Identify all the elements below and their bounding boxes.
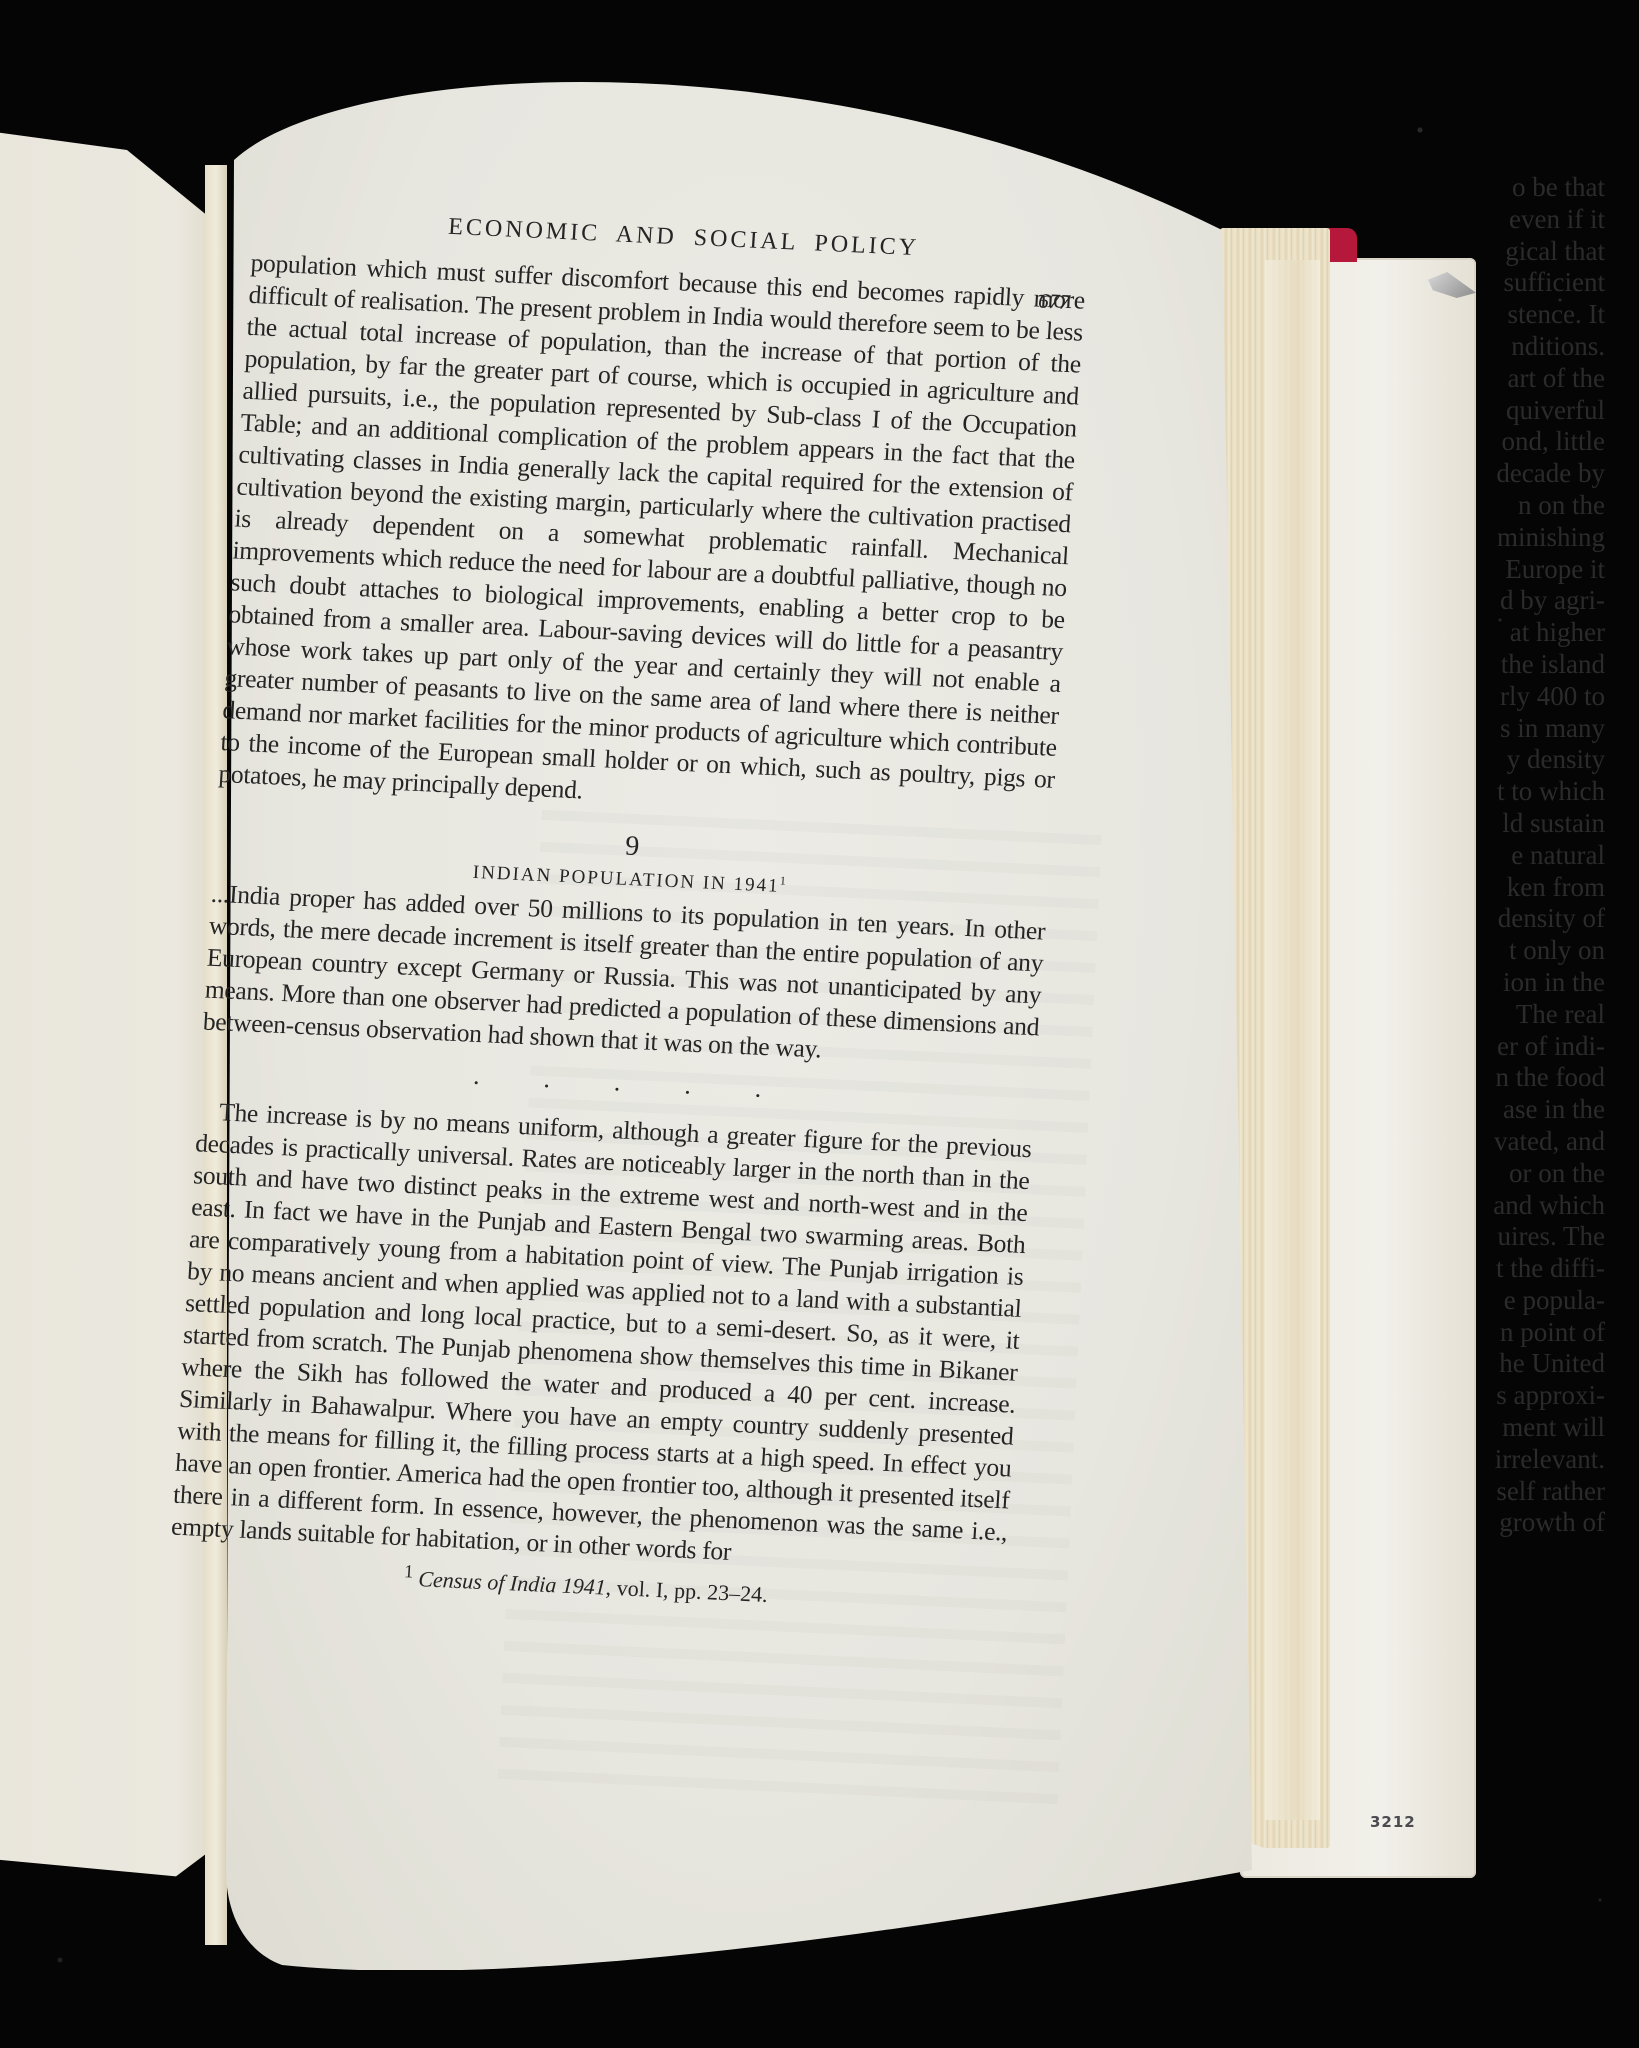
left-page-line: t the diffi- — [1493, 1253, 1605, 1285]
left-page-line: e popula- — [1493, 1285, 1605, 1317]
left-page-line: n on the — [1493, 490, 1605, 522]
left-page-line: s in many — [1493, 713, 1605, 745]
footnote-marker: 1 — [779, 874, 788, 888]
left-page-line: stence. It — [1493, 299, 1605, 331]
left-page-text-fragments: o be thateven if itgical thatsufficients… — [1493, 172, 1605, 1539]
left-page-line: ken from — [1493, 872, 1605, 904]
left-page-line: ment will — [1493, 1412, 1605, 1444]
left-page-line: er of indi- — [1493, 1031, 1605, 1063]
left-page-line: Europe it — [1493, 554, 1605, 586]
footnote-number: 1 — [404, 1562, 414, 1582]
left-page-line: t only on — [1493, 935, 1605, 967]
left-page-line: uires. The — [1493, 1221, 1605, 1253]
left-page-line: ion in the — [1493, 967, 1605, 999]
page-number: 677 — [1037, 289, 1070, 315]
left-page-line: art of the — [1493, 363, 1605, 395]
stamp-number: 3212 — [1370, 1813, 1416, 1831]
left-page-line: ond, little — [1493, 426, 1605, 458]
left-page-line: The real — [1493, 999, 1605, 1031]
left-page-line: ld sustain — [1493, 808, 1605, 840]
left-page-line: at higher — [1493, 617, 1605, 649]
left-page-line: self rather — [1493, 1476, 1605, 1508]
left-page-line: n the food — [1493, 1062, 1605, 1094]
left-page-line: growth of — [1493, 1507, 1605, 1539]
second-paragraph: The increase is by no means uniform, alt… — [170, 1096, 1032, 1581]
ellipsis-dot: . — [754, 1079, 762, 1099]
left-page-line: n point of — [1493, 1317, 1605, 1349]
right-page-text-block: ECONOMIC AND SOCIAL POLICY 677 populatio… — [168, 195, 1089, 1619]
ellipsis-dot: . — [473, 1066, 481, 1086]
left-page-line: vated, and — [1493, 1126, 1605, 1158]
left-page-line: y density — [1493, 744, 1605, 776]
opening-paragraph: population which must suffer discomfort … — [218, 247, 1086, 828]
left-page-line: decade by — [1493, 458, 1605, 490]
left-page-line: quiverful — [1493, 395, 1605, 427]
ellipsis-dot: . — [684, 1076, 692, 1096]
left-page-line: t to which — [1493, 776, 1605, 808]
left-page-line: or on the — [1493, 1158, 1605, 1190]
left-page-line: he United — [1493, 1348, 1605, 1380]
quote-paragraph: ...India proper has added over 50 millio… — [202, 878, 1046, 1076]
running-head: ECONOMIC AND SOCIAL POLICY — [447, 214, 919, 262]
left-page-line: and which — [1493, 1190, 1605, 1222]
left-page-line: the island — [1493, 649, 1605, 681]
left-page-line: e natural — [1493, 840, 1605, 872]
left-page-line: s approxi- — [1493, 1380, 1605, 1412]
left-page-line: irrelevant. — [1493, 1444, 1605, 1476]
page-edges-highlight — [1265, 260, 1320, 1820]
left-page-line: rly 400 to — [1493, 681, 1605, 713]
left-page-line: nditions. — [1493, 331, 1605, 363]
left-page-line: gical that — [1493, 236, 1605, 268]
ellipsis-dot: . — [614, 1073, 622, 1093]
left-page-line: ase in the — [1493, 1094, 1605, 1126]
left-page-line: o be that — [1493, 172, 1605, 204]
left-page-line: even if it — [1493, 204, 1605, 236]
ellipsis-dot: . — [543, 1069, 551, 1089]
left-page-line: minishing — [1493, 522, 1605, 554]
left-page-line: d by agri- — [1493, 585, 1605, 617]
left-page-line: sufficient — [1493, 267, 1605, 299]
left-page — [0, 110, 225, 1950]
left-page-line: density of — [1493, 903, 1605, 935]
